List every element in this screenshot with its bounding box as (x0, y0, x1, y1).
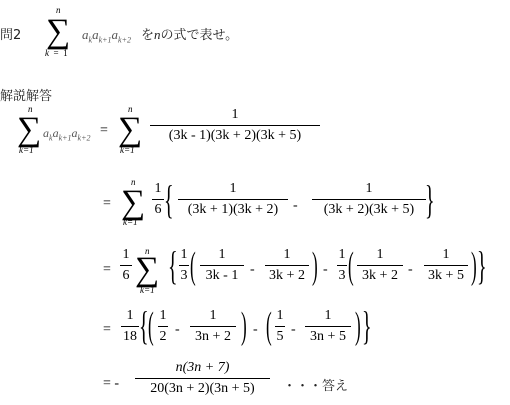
right-brace: } (425, 180, 435, 220)
right-brace: } (362, 306, 372, 346)
sum-lower: k=1 (19, 146, 34, 155)
sigma-icon: ∑ (46, 15, 70, 49)
fraction: 12 (158, 308, 168, 345)
fraction: 13k - 1 (200, 247, 244, 284)
coefficient: 16 (152, 181, 164, 218)
sigma-icon: ∑ (17, 113, 41, 147)
sum-lower: k=1 (140, 286, 155, 295)
sum-lower: k=1 (123, 218, 138, 227)
coefficient: 13 (337, 247, 347, 284)
equals-sign: = (103, 262, 111, 278)
fraction: 13n + 2 (190, 308, 236, 345)
solution-heading: 解説解答 (0, 85, 52, 104)
sigma-icon: ∑ (118, 113, 142, 147)
right-paren: ) (312, 246, 318, 286)
sum-lower: k = 1 (45, 49, 68, 58)
problem-expression: akak+1ak+2 (82, 27, 131, 49)
equals-sign: = - (103, 376, 119, 392)
coefficient: 118 (121, 308, 139, 345)
problem-label: 問2 (0, 24, 21, 43)
fraction: 15 (275, 308, 285, 345)
fraction: 13k + 5 (424, 247, 468, 284)
fraction: 13n + 5 (305, 308, 351, 345)
answer-fraction: n(3n + 7)20(3n + 2)(3n + 5) (135, 360, 270, 397)
right-brace: } (477, 246, 487, 286)
sigma-icon: ∑ (121, 186, 145, 220)
minus-sign: - (323, 262, 328, 278)
minus-sign: - (175, 322, 180, 338)
left-brace: { (164, 180, 174, 220)
problem-instruction: をnの式で表せ。 (141, 24, 238, 43)
right-paren: ) (241, 306, 247, 346)
right-paren: ) (355, 306, 361, 346)
coefficient: 13 (179, 247, 189, 284)
fraction: 1(3k + 2)(3k + 5) (312, 181, 426, 218)
left-paren: ( (148, 306, 154, 346)
minus-sign: - (250, 262, 255, 278)
sigma-icon: ∑ (135, 253, 159, 287)
lhs-expression: akak+1ak+2 (43, 125, 90, 146)
answer-marker: ・・・答え (283, 375, 348, 394)
minus-sign: - (293, 198, 298, 214)
minus-sign: - (408, 262, 413, 278)
fraction: 1(3k - 1)(3k + 2)(3k + 5) (150, 107, 320, 144)
left-paren: ( (348, 246, 354, 286)
minus-sign: - (291, 322, 296, 338)
fraction: 13k + 2 (357, 247, 403, 284)
equals-sign: = (103, 322, 111, 338)
minus-sign: - (253, 322, 258, 338)
left-paren: ( (190, 246, 196, 286)
equals-sign: = (100, 123, 108, 139)
left-paren: ( (266, 306, 272, 346)
left-brace: { (168, 246, 178, 286)
coefficient: 16 (120, 247, 132, 284)
right-paren: ) (471, 246, 477, 286)
sum-lower: k=1 (120, 146, 135, 155)
fraction: 13k + 2 (265, 247, 309, 284)
equals-sign: = (103, 196, 111, 212)
fraction: 1(3k + 1)(3k + 2) (178, 181, 288, 218)
